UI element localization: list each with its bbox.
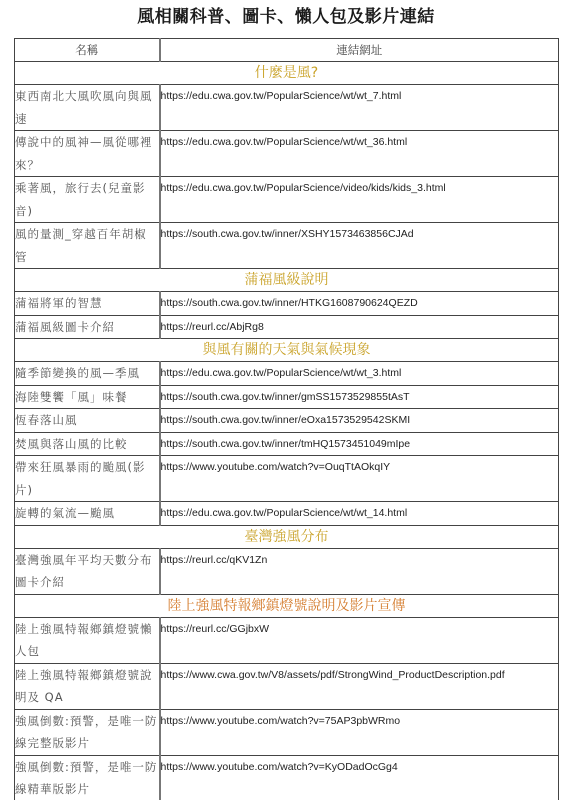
resource-link[interactable]: https://reurl.cc/AbjRg8 (160, 315, 559, 339)
resource-link[interactable]: https://south.cwa.gov.tw/inner/HTKG16087… (160, 292, 559, 316)
resource-link[interactable]: https://www.youtube.com/watch?v=KyODadOc… (160, 755, 559, 800)
resource-name: 恆春落山風 (15, 409, 160, 433)
table-row: 帶來狂風暴雨的颱風(影片) https://www.youtube.com/wa… (15, 456, 559, 502)
table-row: 蒲福風級圖卡介紹 https://reurl.cc/AbjRg8 (15, 315, 559, 339)
resource-name: 陸上強風特報鄉鎮燈號說明及 QA (15, 663, 160, 709)
resource-name: 傳說中的風神—風從哪裡來？ (15, 131, 160, 177)
section-header-row: 什麼是風? (15, 62, 559, 85)
section-heading-beaufort-scale: 蒲福風級說明 (15, 269, 559, 292)
table-row: 傳說中的風神—風從哪裡來？ https://edu.cwa.gov.tw/Pop… (15, 131, 559, 177)
table-row: 陸上強風特報鄉鎮燈號說明及 QA https://www.cwa.gov.tw/… (15, 663, 559, 709)
resource-link[interactable]: https://edu.cwa.gov.tw/PopularScience/wt… (160, 502, 559, 526)
table-row: 陸上強風特報鄉鎮燈號懶人包 https://reurl.cc/GGjbxW (15, 617, 559, 663)
table-row: 蒲福將軍的智慧 https://south.cwa.gov.tw/inner/H… (15, 292, 559, 316)
resource-link[interactable]: https://edu.cwa.gov.tw/PopularScience/vi… (160, 177, 559, 223)
resource-name: 蒲福風級圖卡介紹 (15, 315, 160, 339)
resource-name: 東西南北大風吹風向與風速 (15, 85, 160, 131)
section-heading-strong-wind-warning: 陸上強風特報鄉鎮燈號說明及影片宣傳 (15, 594, 559, 617)
resource-name: 蒲福將軍的智慧 (15, 292, 160, 316)
page-title: 風相關科普、圖卡、懶人包及影片連結 (0, 6, 572, 28)
resource-name: 強風倒數:預警，是唯一防線精華版影片 (15, 755, 160, 800)
table-row: 風的量測_穿越百年胡椒管 https://south.cwa.gov.tw/in… (15, 223, 559, 269)
resource-name: 隨季節變換的風—季風 (15, 362, 160, 386)
table-row: 恆春落山風 https://south.cwa.gov.tw/inner/eOx… (15, 409, 559, 433)
resource-link[interactable]: https://edu.cwa.gov.tw/PopularScience/wt… (160, 131, 559, 177)
resource-link[interactable]: https://edu.cwa.gov.tw/PopularScience/wt… (160, 85, 559, 131)
section-header-row: 臺灣強風分布 (15, 525, 559, 548)
section-header-row: 蒲福風級說明 (15, 269, 559, 292)
table-row: 強風倒數:預警，是唯一防線完整版影片 https://www.youtube.c… (15, 709, 559, 755)
table-row: 乘著風，旅行去(兒童影音) https://edu.cwa.gov.tw/Pop… (15, 177, 559, 223)
resource-name: 焚風與落山風的比較 (15, 432, 160, 456)
table-row: 隨季節變換的風—季風 https://edu.cwa.gov.tw/Popula… (15, 362, 559, 386)
table-row: 海陸雙饗「風」味餐 https://south.cwa.gov.tw/inner… (15, 385, 559, 409)
resource-name: 陸上強風特報鄉鎮燈號懶人包 (15, 617, 160, 663)
section-heading-weather-phenomena: 與風有關的天氣與氣候現象 (15, 339, 559, 362)
section-header-row: 陸上強風特報鄉鎮燈號說明及影片宣傳 (15, 594, 559, 617)
resource-link[interactable]: https://south.cwa.gov.tw/inner/gmSS15735… (160, 385, 559, 409)
resource-name: 帶來狂風暴雨的颱風(影片) (15, 456, 160, 502)
resource-name: 風的量測_穿越百年胡椒管 (15, 223, 160, 269)
column-header-name: 名稱 (15, 39, 160, 62)
resource-link[interactable]: https://south.cwa.gov.tw/inner/tmHQ15734… (160, 432, 559, 456)
resource-link[interactable]: https://south.cwa.gov.tw/inner/XSHY15734… (160, 223, 559, 269)
resource-link[interactable]: https://south.cwa.gov.tw/inner/eOxa15735… (160, 409, 559, 433)
resource-link[interactable]: https://reurl.cc/GGjbxW (160, 617, 559, 663)
table-header-row: 名稱 連結網址 (15, 39, 559, 62)
links-table: 名稱 連結網址 什麼是風? 東西南北大風吹風向與風速 https://edu.c… (14, 38, 559, 800)
resource-link[interactable]: https://www.youtube.com/watch?v=OuqTtAOk… (160, 456, 559, 502)
table-row: 東西南北大風吹風向與風速 https://edu.cwa.gov.tw/Popu… (15, 85, 559, 131)
table-row: 強風倒數:預警，是唯一防線精華版影片 https://www.youtube.c… (15, 755, 559, 800)
resource-name: 強風倒數:預警，是唯一防線完整版影片 (15, 709, 160, 755)
section-header-row: 與風有關的天氣與氣候現象 (15, 339, 559, 362)
resource-link[interactable]: https://www.youtube.com/watch?v=75AP3pbW… (160, 709, 559, 755)
resource-name: 旋轉的氣流—颱風 (15, 502, 160, 526)
resource-name: 海陸雙饗「風」味餐 (15, 385, 160, 409)
resource-name: 臺灣強風年平均天數分布圖卡介紹 (15, 548, 160, 594)
resource-link[interactable]: https://www.cwa.gov.tw/V8/assets/pdf/Str… (160, 663, 559, 709)
table-row: 旋轉的氣流—颱風 https://edu.cwa.gov.tw/PopularS… (15, 502, 559, 526)
resource-link[interactable]: https://edu.cwa.gov.tw/PopularScience/wt… (160, 362, 559, 386)
resource-name: 乘著風，旅行去(兒童影音) (15, 177, 160, 223)
section-heading-taiwan-strong-wind: 臺灣強風分布 (15, 525, 559, 548)
table-row: 焚風與落山風的比較 https://south.cwa.gov.tw/inner… (15, 432, 559, 456)
section-heading-what-is-wind: 什麼是風? (15, 62, 559, 85)
table-row: 臺灣強風年平均天數分布圖卡介紹 https://reurl.cc/qKV1Zn (15, 548, 559, 594)
resource-link[interactable]: https://reurl.cc/qKV1Zn (160, 548, 559, 594)
column-header-url: 連結網址 (160, 39, 559, 62)
